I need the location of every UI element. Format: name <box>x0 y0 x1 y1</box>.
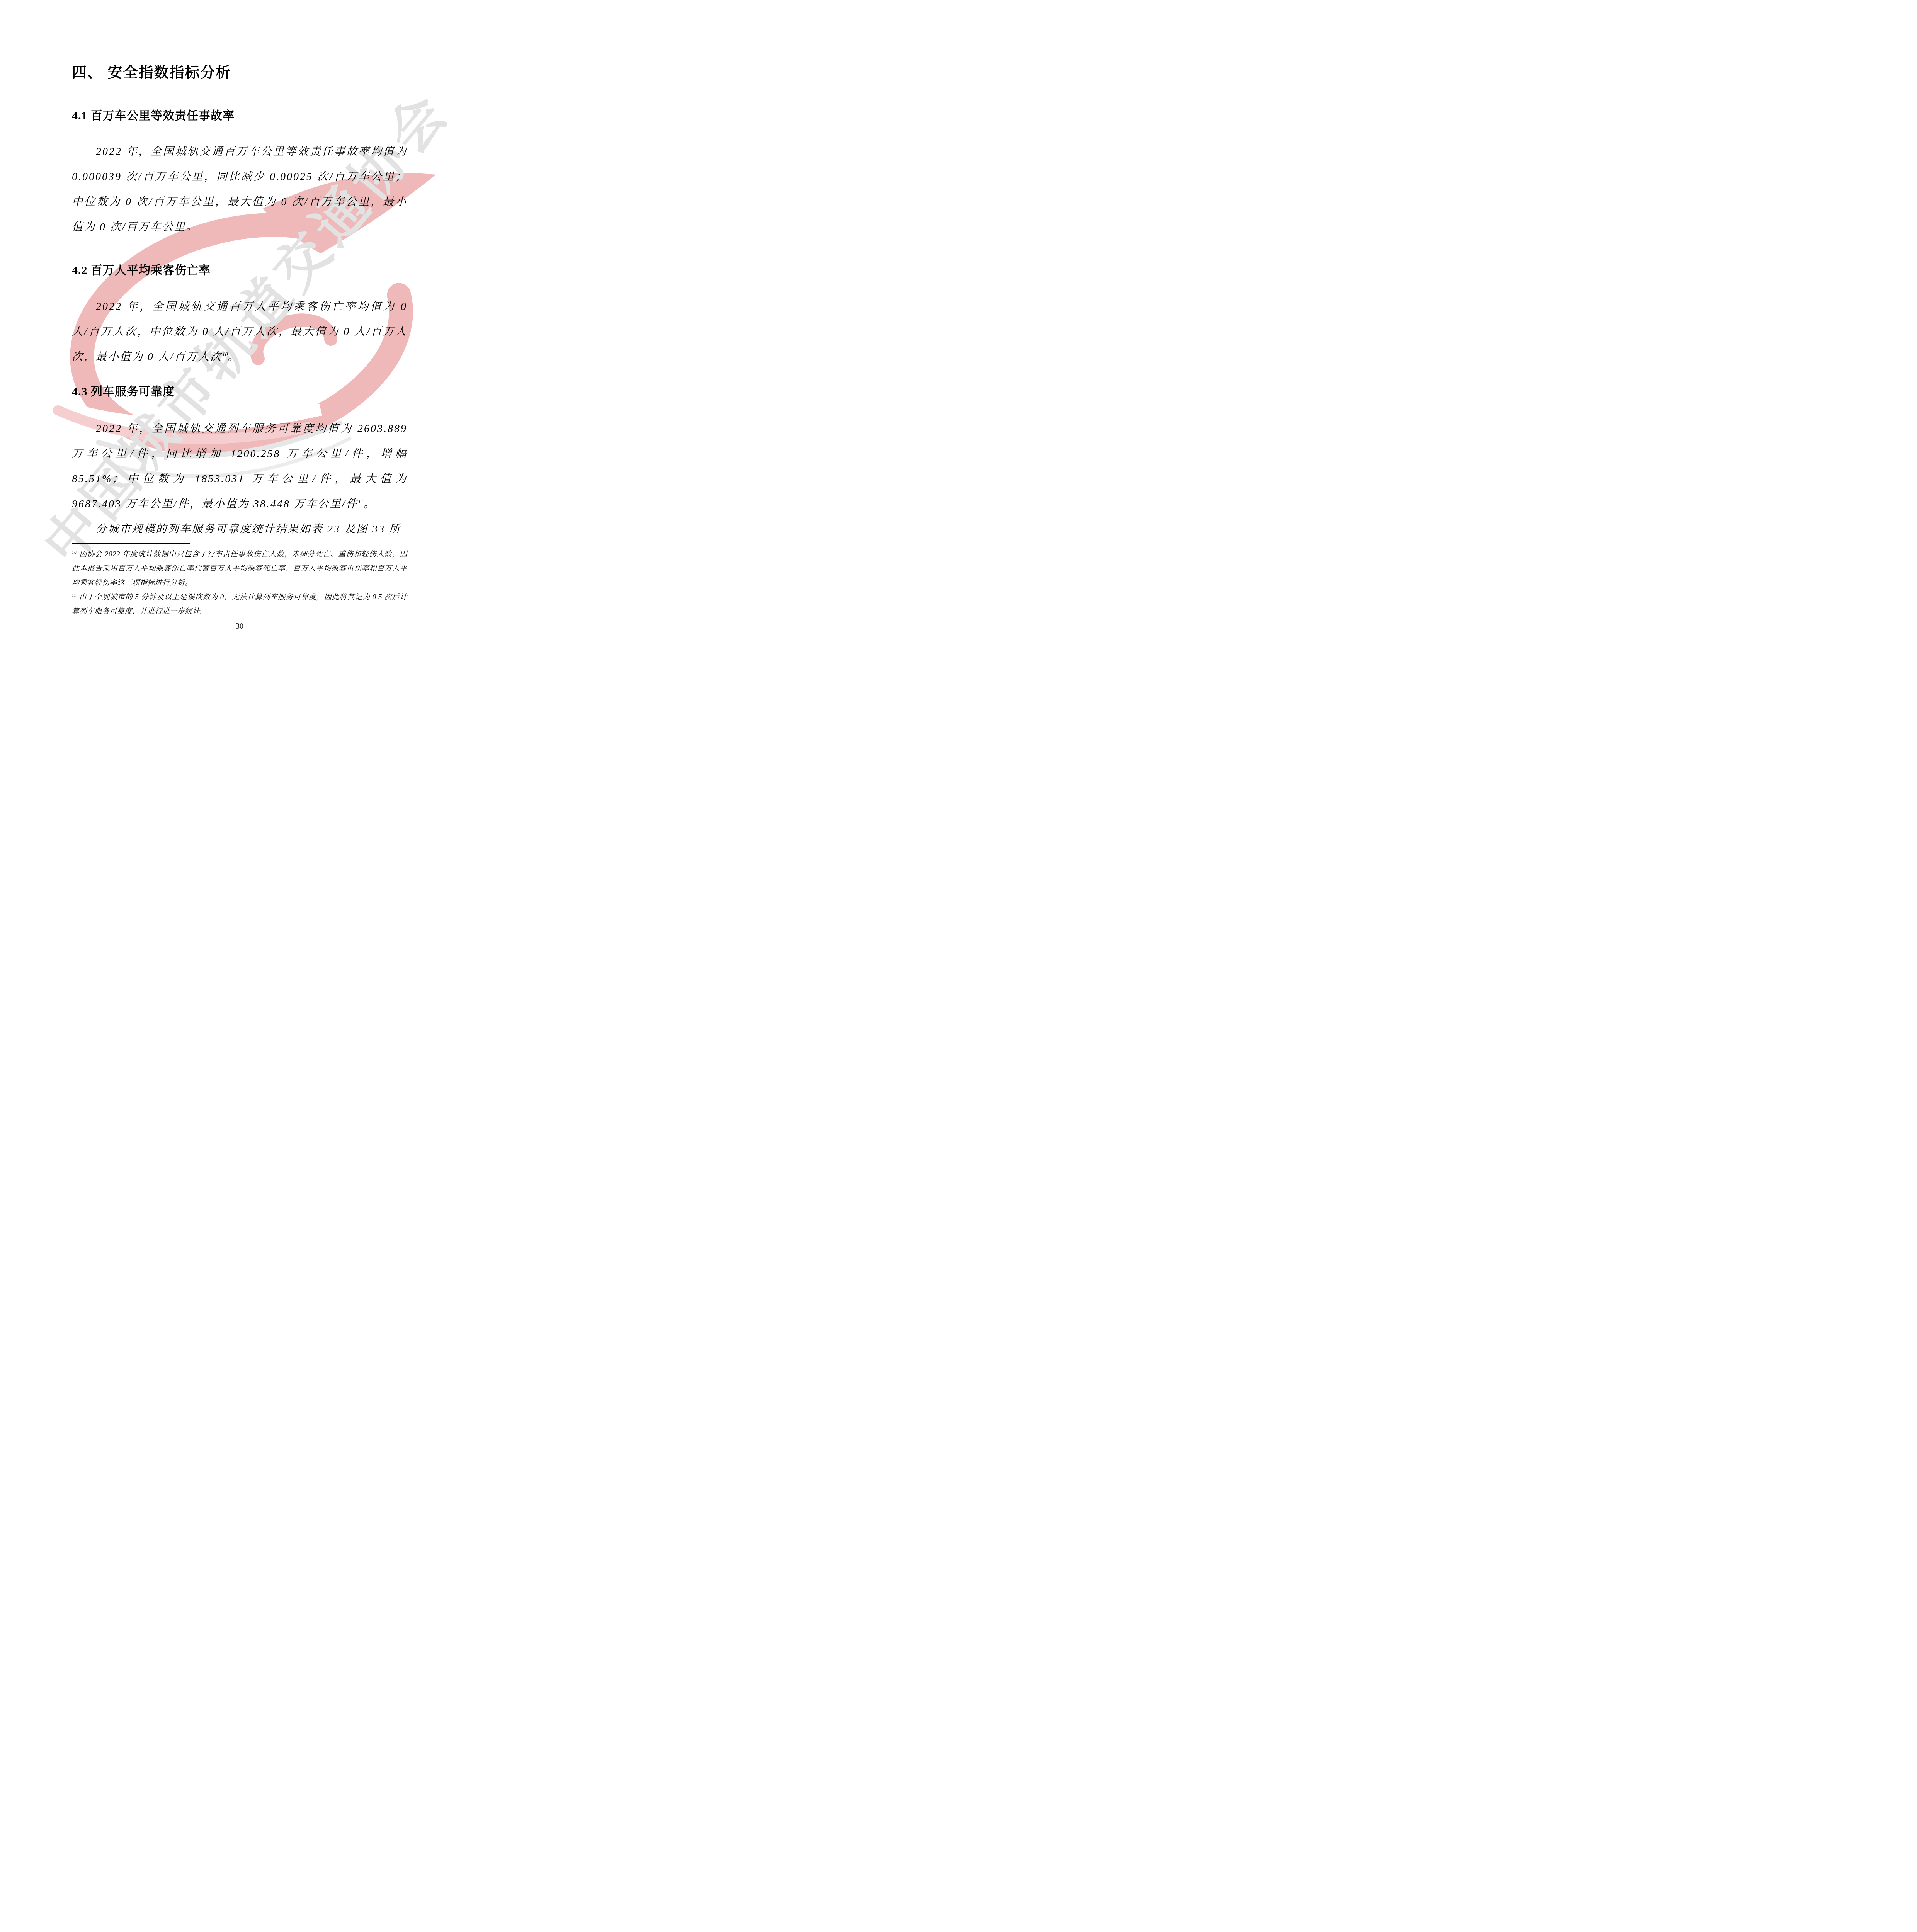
page-number: 30 <box>0 622 479 631</box>
footnote-11-text: 由于个别城市的 5 分钟及以上延误次数为 0，无法计算列车服务可靠度，因此将其记… <box>72 593 407 616</box>
footnote-11-marker: 11 <box>72 593 76 598</box>
footnote-11: 11由于个别城市的 5 分钟及以上延误次数为 0，无法计算列车服务可靠度，因此将… <box>72 590 407 619</box>
footnote-10: 10因协会 2022 年度统计数据中只包含了行车责任事故伤亡人数，未细分死亡、重… <box>72 547 407 590</box>
document-page: 中国城市轨道交通协会 四、 安全指数指标分析 4.1 百万车公里等效责任事故率 … <box>0 0 479 678</box>
paragraph-4-3-continued: 分城市规模的列车服务可靠度统计结果如表 23 及图 33 所 <box>72 517 407 542</box>
section-heading-4-1: 4.1 百万车公里等效责任事故率 <box>72 106 235 123</box>
paragraph-4-2: 2022 年，全国城轨交通百万人平均乘客伤亡率均值为 0 人/百万人次，中位数为… <box>72 294 407 369</box>
footnotes: 10因协会 2022 年度统计数据中只包含了行车责任事故伤亡人数，未细分死亡、重… <box>72 547 407 619</box>
footnote-10-marker: 10 <box>72 550 77 555</box>
section-heading-4-3: 4.3 列车服务可靠度 <box>72 382 175 399</box>
section-heading-4-2: 4.2 百万人平均乘客伤亡率 <box>72 260 211 277</box>
chapter-title: 四、 安全指数指标分析 <box>72 60 231 82</box>
paragraph-4-1: 2022 年，全国城轨交通百万车公里等效责任事故率均值为 0.000039 次/… <box>72 139 407 240</box>
footnote-10-text: 因协会 2022 年度统计数据中只包含了行车责任事故伤亡人数，未细分死亡、重伤和… <box>72 550 407 587</box>
page-content: 四、 安全指数指标分析 4.1 百万车公里等效责任事故率 2022 年，全国城轨… <box>0 0 479 678</box>
paragraph-4-3: 2022 年，全国城轨交通列车服务可靠度均值为 2603.889 万车公里/件，… <box>72 416 407 517</box>
footnote-divider <box>72 543 190 544</box>
